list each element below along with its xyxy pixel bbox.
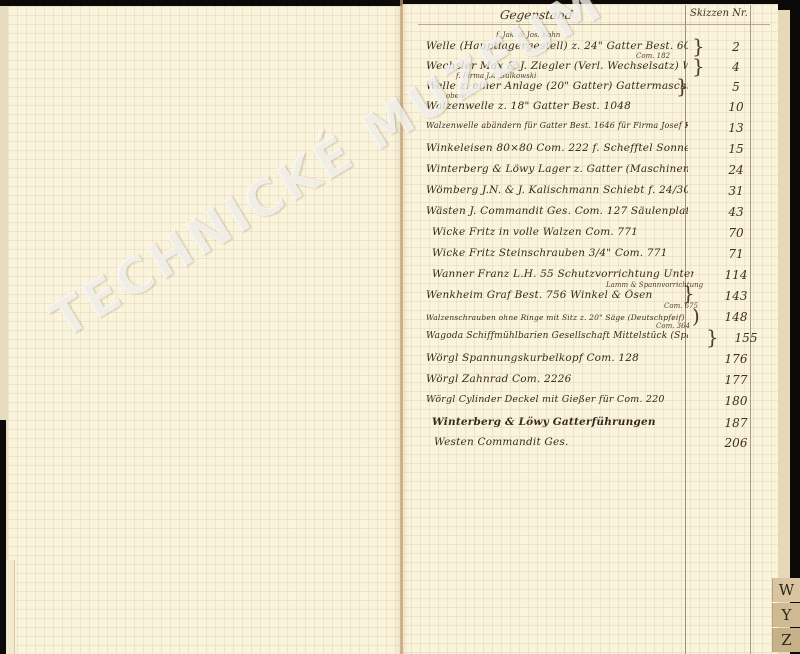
list-item: Westen Commandit Ges. 206 bbox=[426, 436, 776, 456]
entry-text: Wechsler Max & J. Ziegler (Verl. Wechsel… bbox=[426, 60, 688, 72]
entry-number: 31 bbox=[716, 184, 756, 198]
list-item: Wicke Fritz in volle Walzen Com. 771 70 bbox=[426, 226, 776, 246]
entry-number: 13 bbox=[716, 121, 756, 135]
list-item: Wörgl Zahnrad Com. 2226 177 bbox=[426, 373, 776, 393]
right-page-edge bbox=[778, 10, 790, 654]
brace-icon: } bbox=[682, 283, 695, 303]
list-item: Wanner Franz L.H. 55 Schutzvorrichtung U… bbox=[426, 268, 776, 288]
entry-text: Wörgl Zahnrad Com. 2226 bbox=[426, 373, 572, 385]
index-tab-z[interactable]: Z bbox=[772, 628, 800, 652]
index-tabs: W Y Z bbox=[772, 578, 800, 653]
brace-icon: } bbox=[676, 76, 689, 96]
entry-text: Wörgl Cylinder Deckel mit Gießer für Com… bbox=[426, 394, 665, 405]
entry-number: 4 bbox=[716, 60, 756, 74]
entry-note: f. Jak. & Jos. Kohn bbox=[496, 31, 560, 39]
entry-number: 70 bbox=[716, 226, 756, 240]
left-page bbox=[8, 6, 402, 654]
entry-text: Winterberg & Löwy Gatterführungen bbox=[432, 416, 656, 428]
index-tab-w[interactable]: W bbox=[772, 578, 800, 602]
entry-text: Westen Commandit Ges. bbox=[434, 436, 569, 448]
list-item: Wömberg J.N. & J. Kalischmann Schiebt f.… bbox=[426, 184, 776, 204]
book-gutter bbox=[400, 0, 403, 654]
entry-text: Wicke Fritz Steinschrauben 3/4" Com. 771 bbox=[432, 247, 667, 259]
list-item: Lamm & Spannvorrichtung Wenkheim Graf Be… bbox=[426, 289, 776, 309]
entry-number: 5 bbox=[716, 80, 756, 94]
entry-text: Wästen J. Commandit Ges. Com. 127 Säulen… bbox=[426, 205, 688, 217]
list-item: Wörgl Cylinder Deckel mit Gießer für Com… bbox=[426, 394, 776, 414]
entry-number: 24 bbox=[716, 163, 756, 177]
entry-text: Walzenschrauben ohne Ringe mit Sitz z. 2… bbox=[426, 313, 685, 322]
entry-number: 43 bbox=[716, 205, 756, 219]
entry-note: Com. 364 bbox=[656, 322, 690, 330]
entry-text: Winkeleisen 80×80 Com. 222 f. Schefftel … bbox=[426, 142, 688, 154]
list-item: Wicke Fritz Steinschrauben 3/4" Com. 771… bbox=[426, 247, 776, 267]
list-item: Winterberg & Löwy Lager z. Gatter (Masch… bbox=[426, 163, 776, 183]
entry-text: Winterberg & Löwy Lager z. Gatter (Masch… bbox=[426, 163, 688, 175]
entry-text: Welle z. einer Anlage (20" Gatter) Gatte… bbox=[426, 80, 688, 92]
entry-number: 15 bbox=[716, 142, 756, 156]
entry-text: Wagoda Schiffmühlbarien Gesellschaft Mit… bbox=[426, 331, 688, 341]
entry-number: 10 bbox=[716, 100, 756, 114]
entry-text: Wanner Franz L.H. 55 Schutzvorrichtung U… bbox=[432, 268, 694, 280]
entry-text: Wicke Fritz in volle Walzen Com. 771 bbox=[432, 226, 638, 238]
column-header-subject: Gegenstand bbox=[499, 8, 574, 22]
entry-text: Walzenwelle abändern für Gatter Best. 16… bbox=[426, 121, 688, 130]
entry-note: f. Firma J.A. Sulkowski bbox=[456, 72, 536, 80]
index-tab-y[interactable]: Y bbox=[772, 603, 800, 627]
list-item: Winterberg & Löwy Gatterführungen 187 bbox=[426, 416, 776, 436]
entry-number: 155 bbox=[726, 331, 766, 345]
brace-icon: } bbox=[692, 56, 705, 76]
entry-number: 148 bbox=[716, 310, 756, 324]
entry-number: 114 bbox=[716, 268, 756, 282]
left-page-stub bbox=[6, 560, 15, 654]
header-rule bbox=[418, 24, 770, 25]
brace-icon: } bbox=[706, 327, 719, 347]
list-item: f. Firma J.A. Sulkowski Welle z. einer A… bbox=[426, 80, 776, 100]
list-item: Walzenwelle abändern für Gatter Best. 16… bbox=[426, 121, 776, 141]
entry-number: 180 bbox=[716, 394, 756, 408]
brace-icon: ) bbox=[692, 306, 700, 326]
list-item: Wästen J. Commandit Ges. Com. 127 Säulen… bbox=[426, 205, 776, 225]
list-item: f. Jak. & Jos. Kohn Welle (Hauptlagerges… bbox=[426, 40, 776, 60]
brace-icon: } bbox=[692, 36, 705, 56]
list-item: Com. 675 Walzenschrauben ohne Ringe mit … bbox=[426, 310, 776, 330]
entry-note: obere bbox=[446, 92, 466, 100]
entry-number: 187 bbox=[716, 416, 756, 430]
list-item: obere Walzenwelle z. 18" Gatter Best. 10… bbox=[426, 100, 776, 120]
column-header-sketch-number: Skizzen Nr. bbox=[690, 8, 748, 19]
entry-text: Wörgl Spannungskurbelkopf Com. 128 bbox=[426, 352, 639, 364]
entry-note: Com. 182 bbox=[636, 52, 670, 60]
entry-number: 2 bbox=[716, 40, 756, 54]
entry-number: 71 bbox=[716, 247, 756, 261]
entry-text: Welle (Hauptlagergestell) z. 24" Gatter … bbox=[426, 40, 688, 52]
ledger-spread: Gegenstand Skizzen Nr. f. Jak. & Jos. Ko… bbox=[0, 0, 800, 654]
entry-text: Wömberg J.N. & J. Kalischmann Schiebt f.… bbox=[426, 184, 688, 196]
list-item: Winkeleisen 80×80 Com. 222 f. Schefftel … bbox=[426, 142, 776, 162]
entry-text: Wenkheim Graf Best. 756 Winkel & Ösen bbox=[426, 289, 652, 301]
entry-number: 143 bbox=[716, 289, 756, 303]
entry-number: 206 bbox=[716, 436, 756, 450]
entry-number: 177 bbox=[716, 373, 756, 387]
entry-number: 176 bbox=[716, 352, 756, 366]
entry-text: Walzenwelle z. 18" Gatter Best. 1048 bbox=[426, 100, 631, 112]
list-item: Com. 364 Wagoda Schiffmühlbarien Gesells… bbox=[426, 331, 776, 351]
list-item: Wörgl Spannungskurbelkopf Com. 128 176 bbox=[426, 352, 776, 372]
